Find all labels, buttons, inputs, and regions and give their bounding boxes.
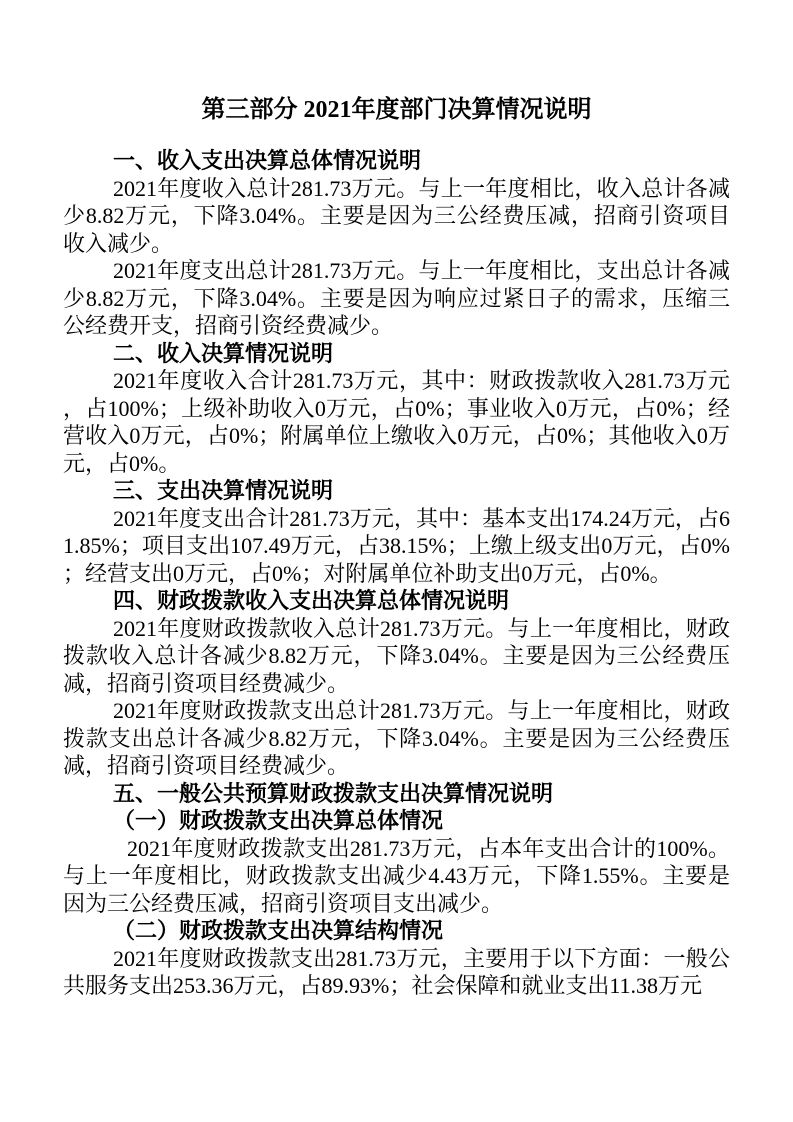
document-content: 第三部分 2021年度部门决算情况说明 一、收入支出决算总体情况说明2021年度…: [63, 0, 730, 1000]
section-heading: 四、财政拨款收入支出决算总体情况说明: [63, 587, 730, 615]
paragraph: 2021年度财政拨款支出总计281.73万元。与上一年度相比，财政拨款支出总计各…: [63, 697, 730, 780]
document-page: 第三部分 2021年度部门决算情况说明 一、收入支出决算总体情况说明2021年度…: [0, 0, 793, 1122]
section-subheading: （一）财政拨款支出决算总体情况: [63, 807, 730, 835]
section-heading: 五、一般公共预算财政拨款支出决算情况说明: [63, 780, 730, 808]
section-subheading: （二）财政拨款支出决算结构情况: [63, 917, 730, 945]
paragraph: 2021年度财政拨款支出281.73万元，主要用于以下方面：一般公共服务支出25…: [63, 945, 730, 1000]
paragraph: 2021年度支出总计281.73万元。与上一年度相比，支出总计各减少8.82万元…: [63, 257, 730, 340]
paragraph: 2021年度收入合计281.73万元，其中：财政拨款收入281.73万元，占10…: [63, 367, 730, 477]
paragraph: 2021年度支出合计281.73万元，其中：基本支出174.24万元，占61.8…: [63, 505, 730, 588]
paragraph: 2021年度收入总计281.73万元。与上一年度相比，收入总计各减少8.82万元…: [63, 175, 730, 258]
paragraph: 2021年度财政拨款支出281.73万元，占本年支出合计的100%。与上一年度相…: [63, 835, 730, 918]
paragraph: 2021年度财政拨款收入总计281.73万元。与上一年度相比，财政拨款收入总计各…: [63, 615, 730, 698]
section-heading: 三、支出决算情况说明: [63, 477, 730, 505]
section-heading: 二、收入决算情况说明: [63, 340, 730, 368]
document-body: 一、收入支出决算总体情况说明2021年度收入总计281.73万元。与上一年度相比…: [63, 147, 730, 1000]
section-heading: 一、收入支出决算总体情况说明: [63, 147, 730, 175]
page-title: 第三部分 2021年度部门决算情况说明: [63, 95, 730, 125]
